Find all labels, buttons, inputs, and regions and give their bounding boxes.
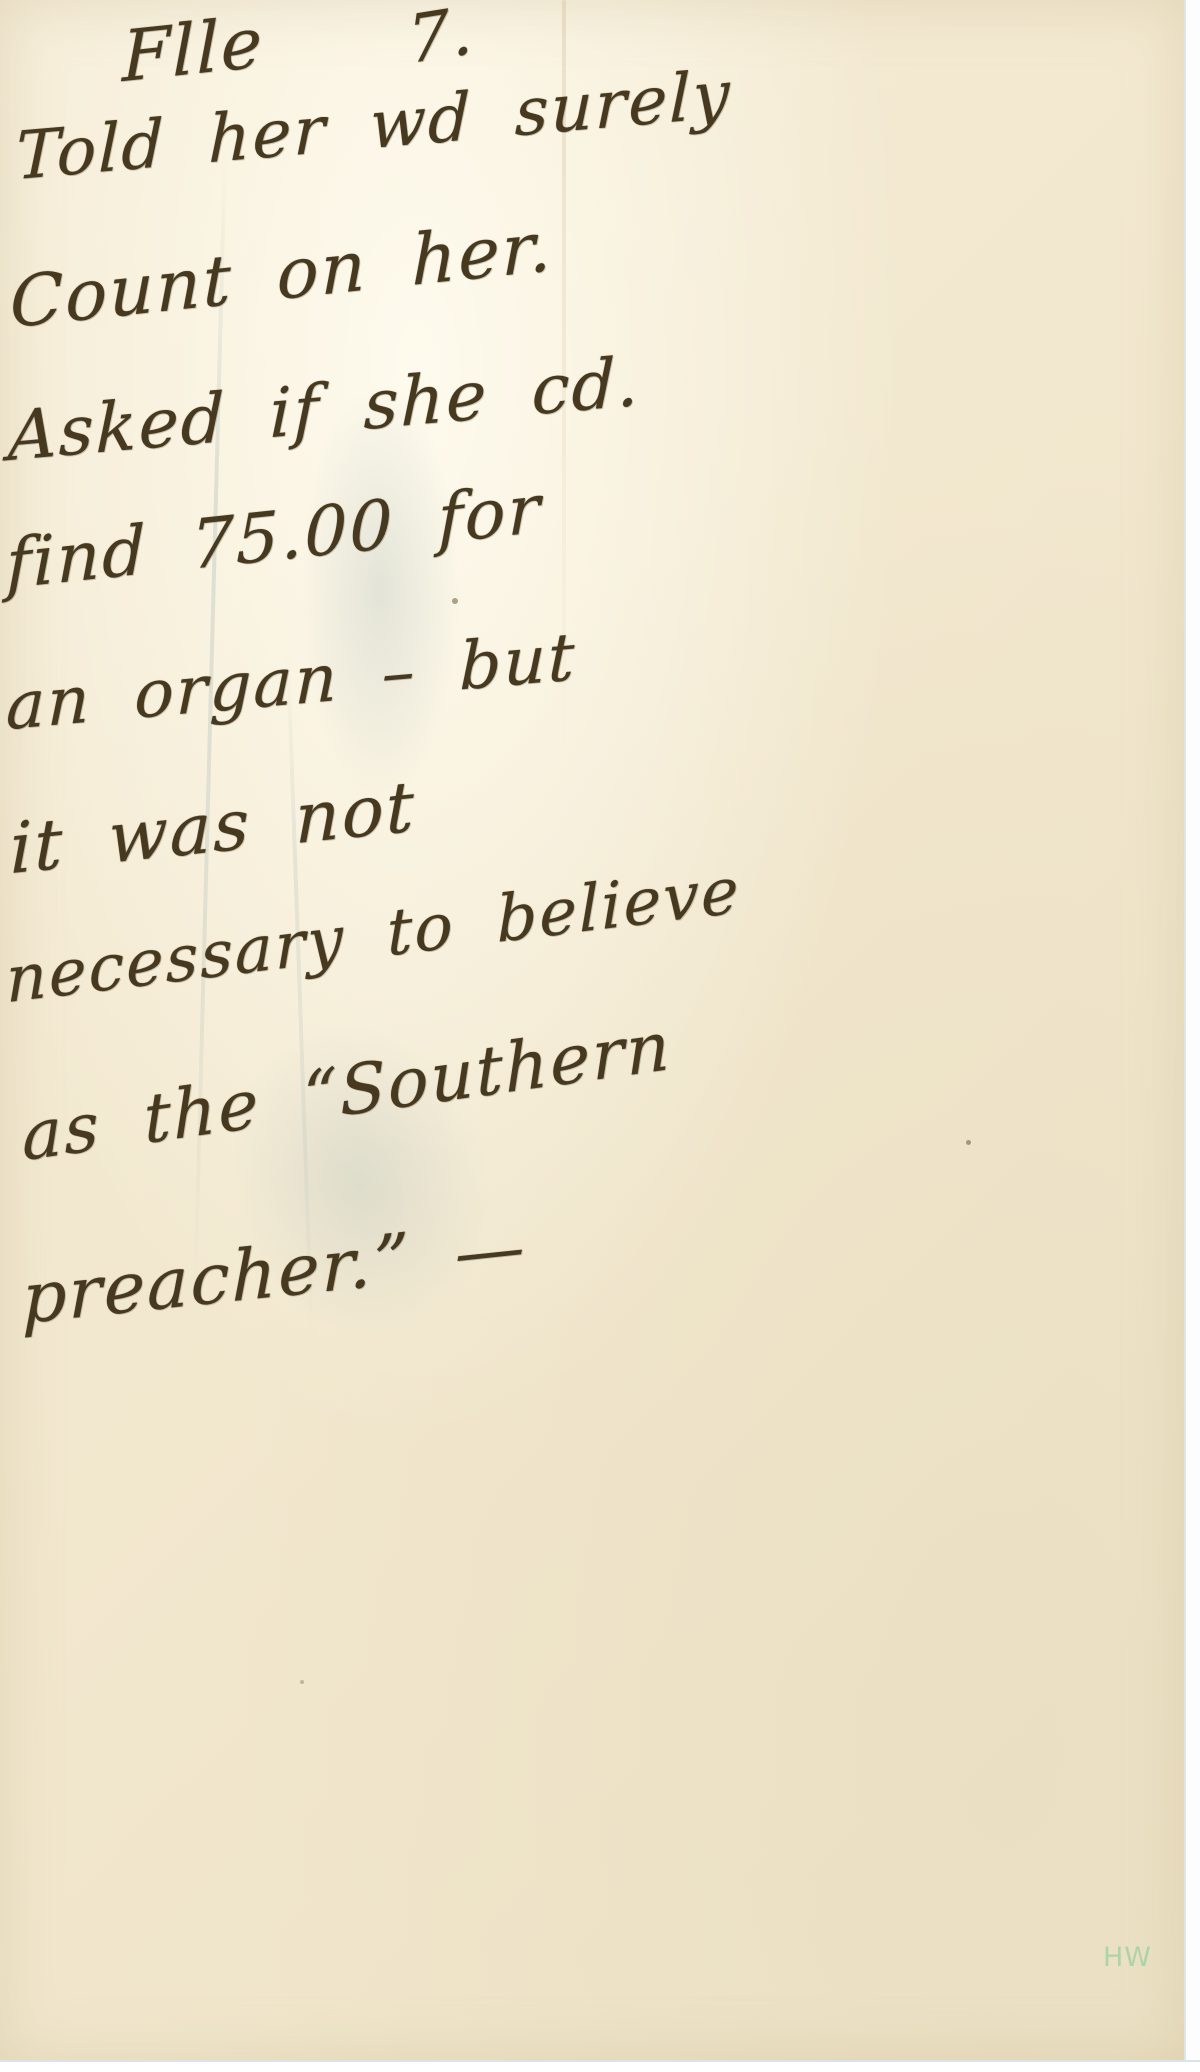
handwritten-line: as the “Southern: [21, 1007, 673, 1178]
handwritten-line: find 75.00 for: [6, 469, 542, 605]
archive-watermark: HW: [1103, 1942, 1152, 1973]
scanned-note-page: Flle 7. Told her wd surely Count on her.…: [0, 0, 1200, 2072]
handwritten-line: Asked if she cd.: [7, 342, 641, 477]
handwritten-line-date: Flle: [122, 1, 264, 98]
paper-card: Flle 7. Told her wd surely Count on her.…: [0, 0, 1186, 2062]
ink-speck: [966, 1140, 971, 1145]
scan-edge: [0, 2060, 1200, 2072]
handwritten-line: preacher.” —: [22, 1205, 526, 1340]
handwritten-line-number: 7.: [406, 0, 476, 79]
handwritten-line: an organ – but: [5, 618, 577, 745]
ink-speck: [452, 598, 458, 604]
handwritten-line: Count on her.: [10, 205, 553, 345]
scan-edge: [1184, 0, 1200, 2072]
handwritten-line: it was not: [10, 765, 416, 890]
ink-speck: [300, 1680, 304, 1684]
